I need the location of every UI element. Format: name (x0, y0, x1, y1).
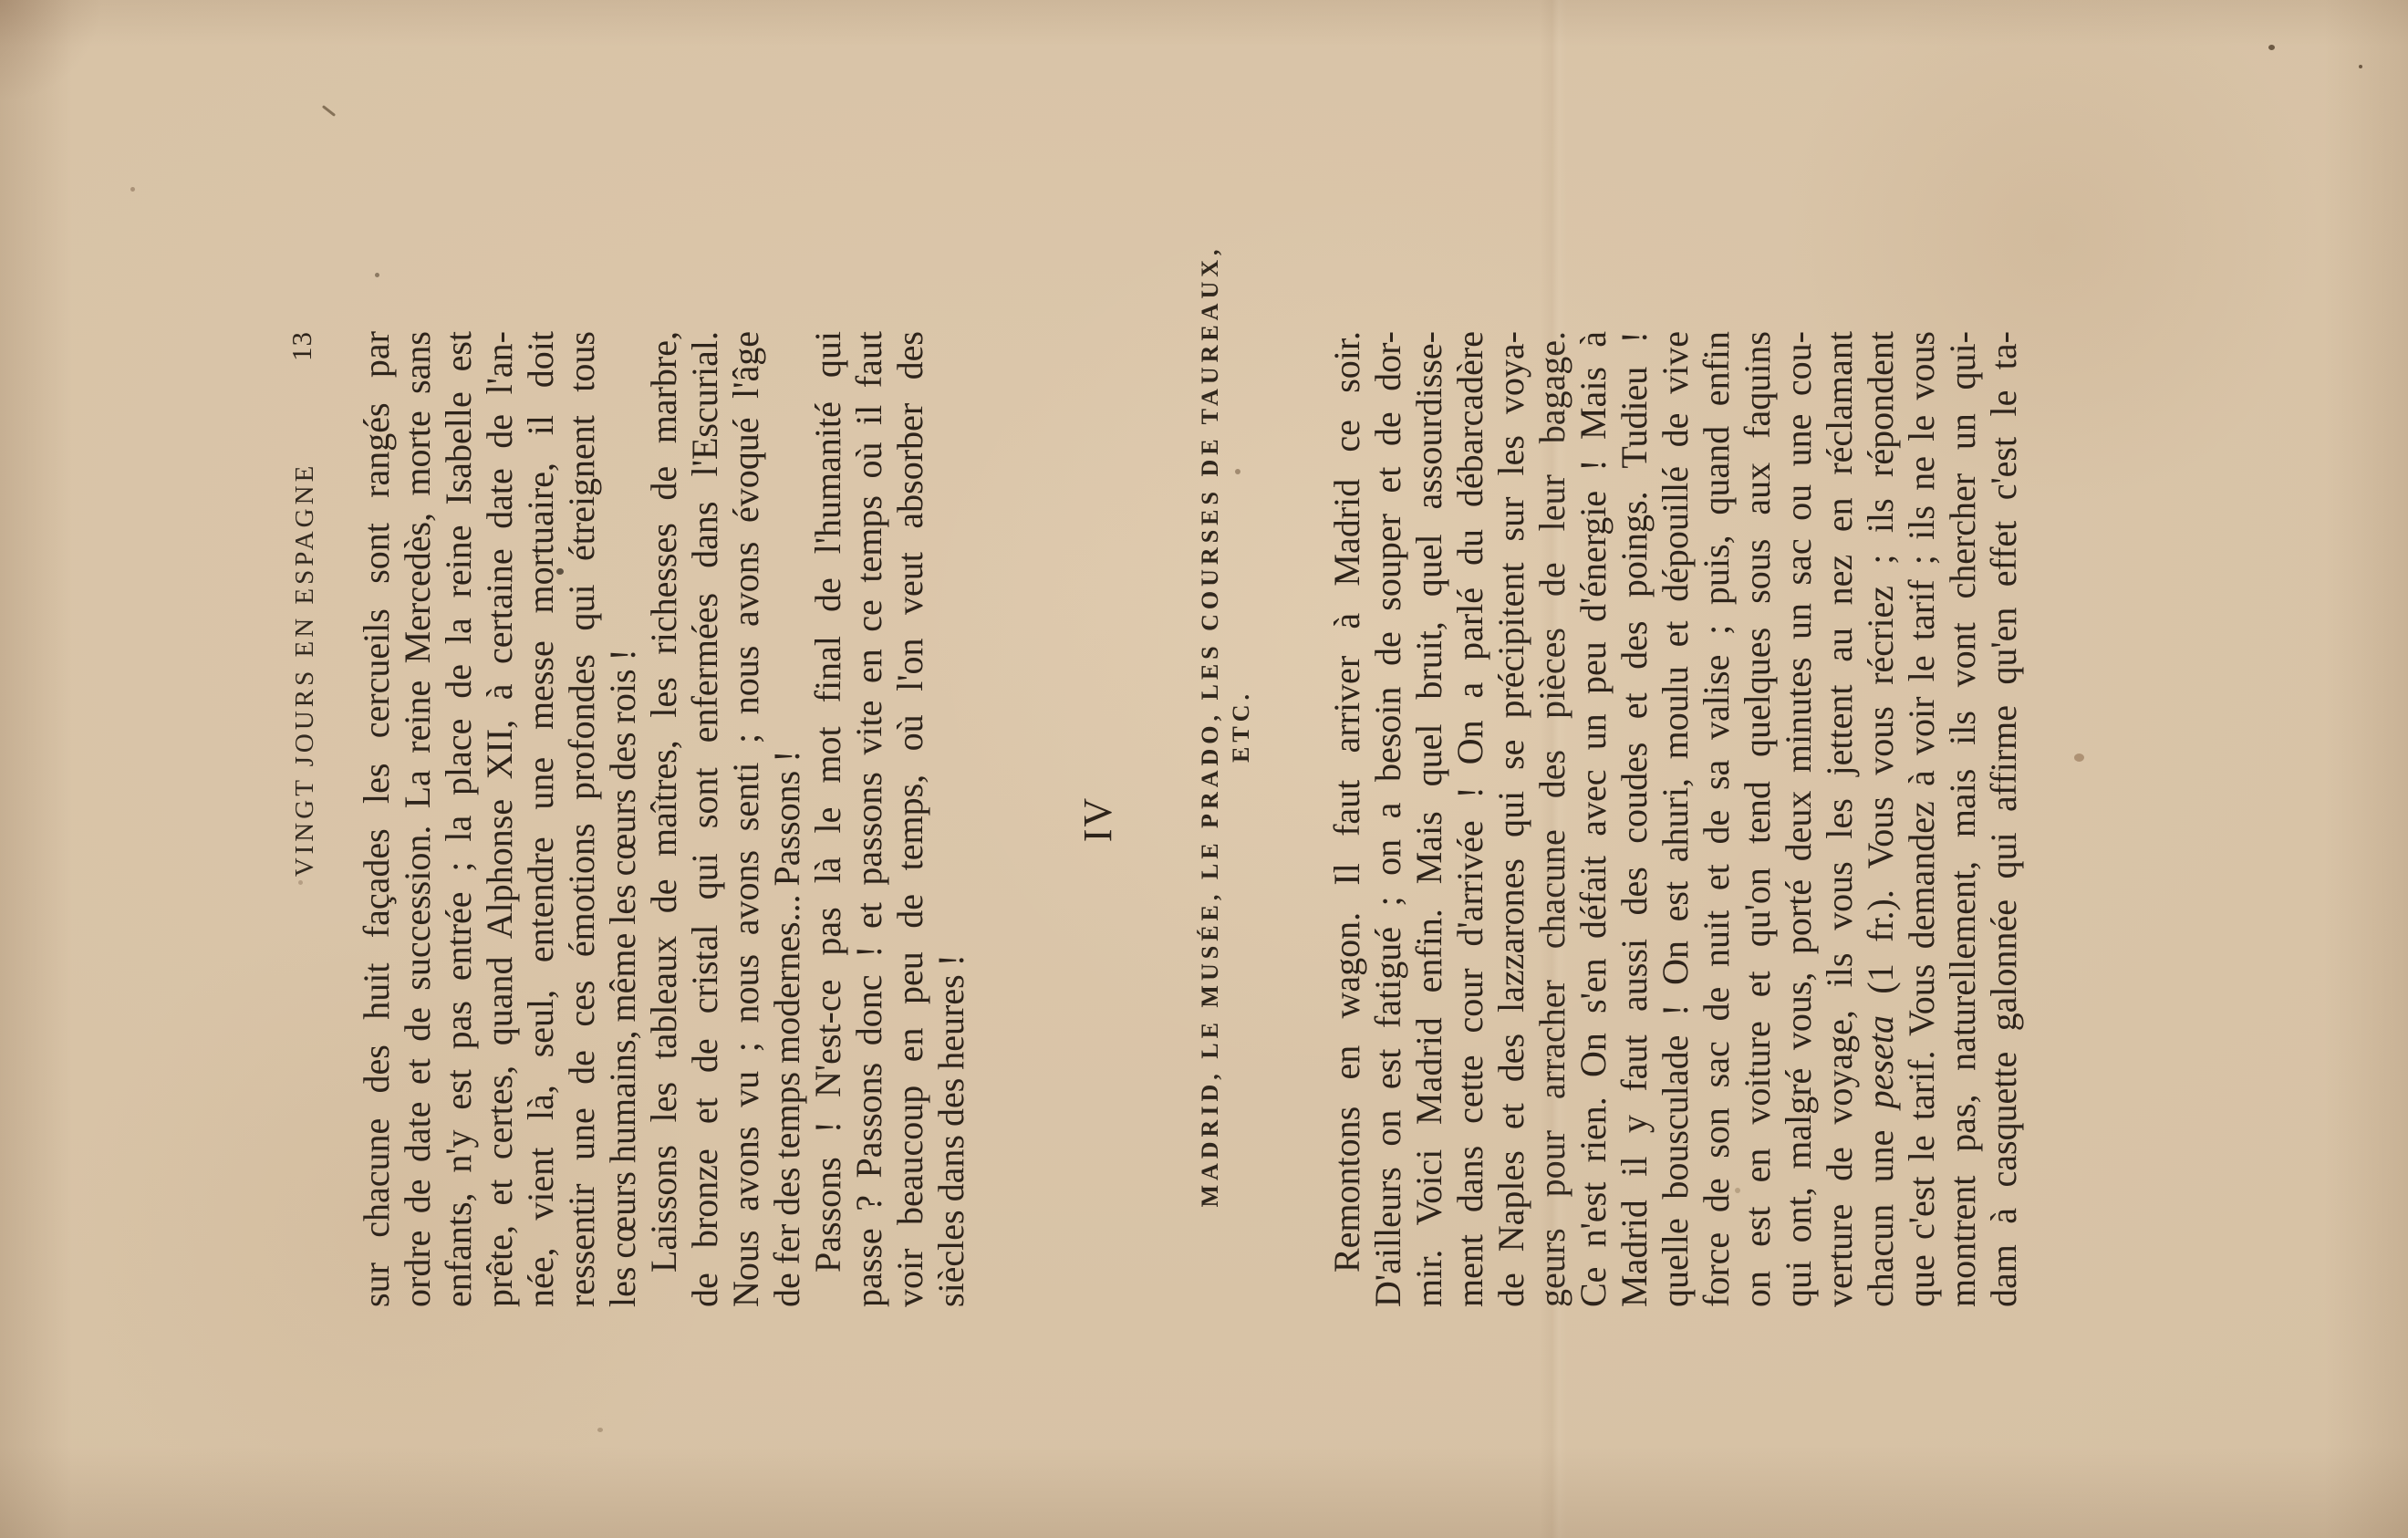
text-segment: siècles dans des heures ! (930, 954, 971, 1307)
text-segment: dam à casquette galonnée qui affirme qu'… (1983, 331, 2024, 1307)
text-segment: passe ? Passons donc ! et passons vite e… (848, 331, 889, 1307)
text-line: Madrid il y faut aussi des coudes et des… (1614, 331, 1655, 1307)
text-segment: enfants, n'y est pas entrée ; la place d… (438, 331, 479, 1307)
text-segment: Madrid il y faut aussi des coudes et des… (1614, 331, 1655, 1307)
text-line: de fer des temps modernes... Passons ! (766, 331, 807, 1307)
text-line: sur chacune des huit façades les cercuei… (356, 331, 397, 1307)
text-segment: (1 fr.). Vous vous récriez ; ils réponde… (1860, 331, 1901, 1015)
text-line: de bronze et de cristal qui sont enfermé… (684, 331, 725, 1307)
text-segment: Laissons les tableaux de maîtres, les ri… (643, 331, 684, 1273)
paragraph: sur chacune des huit façades les cercuei… (356, 331, 643, 1307)
text-segment: ressentir une de ces émotions profondes … (561, 331, 602, 1307)
text-line: qui ont, malgré vous, porté deux minutes… (1778, 331, 1819, 1307)
text-line: les cœurs humains, même les cœurs des ro… (602, 331, 643, 1307)
text-segment: mir. Voici Madrid enfin. Mais quel bruit… (1408, 331, 1449, 1307)
text-line: mir. Voici Madrid enfin. Mais quel bruit… (1408, 331, 1449, 1307)
paragraph: Laissons les tableaux de maîtres, les ri… (643, 331, 807, 1307)
text-segment: que c'est le tarif. Vous demandez à voir… (1901, 331, 1942, 1307)
text-line: Laissons les tableaux de maîtres, les ri… (643, 331, 684, 1307)
text-line: prête, et certes, quand Alphonse XII, à … (479, 331, 520, 1307)
text-line: verture de voyage, ils vous les jettent … (1819, 331, 1860, 1307)
text-segment: Passons ! N'est-ce pas là le mot final d… (807, 331, 848, 1273)
text-segment: de bronze et de cristal qui sont enfermé… (684, 331, 725, 1307)
text-segment: Remontons en wagon. Il faut arriver à Ma… (1326, 331, 1367, 1273)
text-line: passe ? Passons donc ! et passons vite e… (848, 331, 889, 1307)
text-segment: les cœurs humains, même les cœurs des ro… (602, 649, 643, 1307)
book-page-rotated: VINGT JOURS EN ESPAGNE 13 sur chacune de… (0, 0, 2408, 1538)
text-segment: Ce n'est rien. On s'en défait avec un pe… (1572, 331, 1614, 1307)
text-line: née, vient là, seul, entendre une messe … (520, 331, 561, 1307)
text-segment: ment dans cette cour d'arrivée ! On a pa… (1449, 331, 1490, 1307)
text-segment: Nous avons vu ; nous avons senti ; nous … (725, 331, 766, 1307)
text-line: geurs pour arracher chacune des pièces d… (1531, 331, 1572, 1307)
text-line: dam à casquette galonnée qui affirme qu'… (1983, 331, 2024, 1307)
text-line: de Naples et des lazzarones qui se préci… (1490, 331, 1531, 1307)
page-number: 13 (286, 331, 317, 1307)
text-segment: chacun une (1860, 1108, 1901, 1307)
text-line: Ce n'est rien. On s'en défait avec un pe… (1572, 331, 1614, 1307)
text-segment: force de son sac de nuit et de sa valise… (1696, 331, 1737, 1307)
text-line: ressentir une de ces émotions profondes … (561, 331, 602, 1307)
scanned-book-page: VINGT JOURS EN ESPAGNE 13 sur chacune de… (0, 0, 2408, 1538)
text-segment: née, vient là, seul, entendre une messe … (520, 331, 561, 1307)
text-segment: verture de voyage, ils vous les jettent … (1819, 331, 1860, 1307)
italic-text: peseta (1860, 1015, 1901, 1108)
text-line: D'ailleurs on est fatigué ; on a besoin … (1367, 331, 1408, 1307)
paragraph: Remontons en wagon. Il faut arriver à Ma… (1326, 331, 2024, 1307)
section-title: MADRID, LE MUSÉE, LE PRADO, LES COURSES … (1195, 238, 1257, 1214)
text-line: que c'est le tarif. Vous demandez à voir… (1901, 331, 1942, 1307)
text-line: Passons ! N'est-ce pas là le mot final d… (807, 331, 848, 1307)
text-line: Nous avons vu ; nous avons senti ; nous … (725, 331, 766, 1307)
text-segment: geurs pour arracher chacune des pièces d… (1531, 331, 1572, 1307)
text-line: ordre de date et de succession. La reine… (397, 331, 438, 1307)
text-line: quelle bousculade ! On est ahuri, moulu … (1655, 331, 1696, 1307)
text-segment: de Naples et des lazzarones qui se préci… (1490, 331, 1531, 1307)
text-line: voir beaucoup en peu de temps, où l'on v… (889, 331, 930, 1307)
text-segment: on est en voiture et qu'on tend quelques… (1737, 331, 1778, 1307)
text-block-before-section: sur chacune des huit façades les cercuei… (356, 331, 971, 1307)
paragraph: Passons ! N'est-ce pas là le mot final d… (807, 331, 971, 1307)
section-number-heading: IV (1076, 331, 1120, 1307)
text-line: montrent pas, naturellement, mais ils vo… (1942, 331, 1983, 1307)
text-line: siècles dans des heures ! (930, 331, 971, 1307)
text-segment: qui ont, malgré vous, porté deux minutes… (1778, 331, 1819, 1307)
text-block-after-section: Remontons en wagon. Il faut arriver à Ma… (1326, 331, 2024, 1307)
text-line: chacun une peseta (1 fr.). Vous vous réc… (1860, 331, 1901, 1307)
text-segment: montrent pas, naturellement, mais ils vo… (1942, 331, 1983, 1307)
text-line: ment dans cette cour d'arrivée ! On a pa… (1449, 331, 1490, 1307)
text-segment: D'ailleurs on est fatigué ; on a besoin … (1367, 331, 1408, 1307)
text-line: on est en voiture et qu'on tend quelques… (1737, 331, 1778, 1307)
text-segment: sur chacune des huit façades les cercuei… (356, 331, 397, 1307)
text-segment: prête, et certes, quand Alphonse XII, à … (479, 331, 520, 1307)
text-segment: ordre de date et de succession. La reine… (397, 331, 438, 1307)
text-segment: voir beaucoup en peu de temps, où l'on v… (889, 331, 930, 1307)
text-segment: quelle bousculade ! On est ahuri, moulu … (1655, 331, 1696, 1307)
text-line: Remontons en wagon. Il faut arriver à Ma… (1326, 331, 1367, 1307)
text-segment: de fer des temps modernes... Passons ! (766, 750, 807, 1307)
text-line: enfants, n'y est pas entrée ; la place d… (438, 331, 479, 1307)
text-line: force de son sac de nuit et de sa valise… (1696, 331, 1737, 1307)
